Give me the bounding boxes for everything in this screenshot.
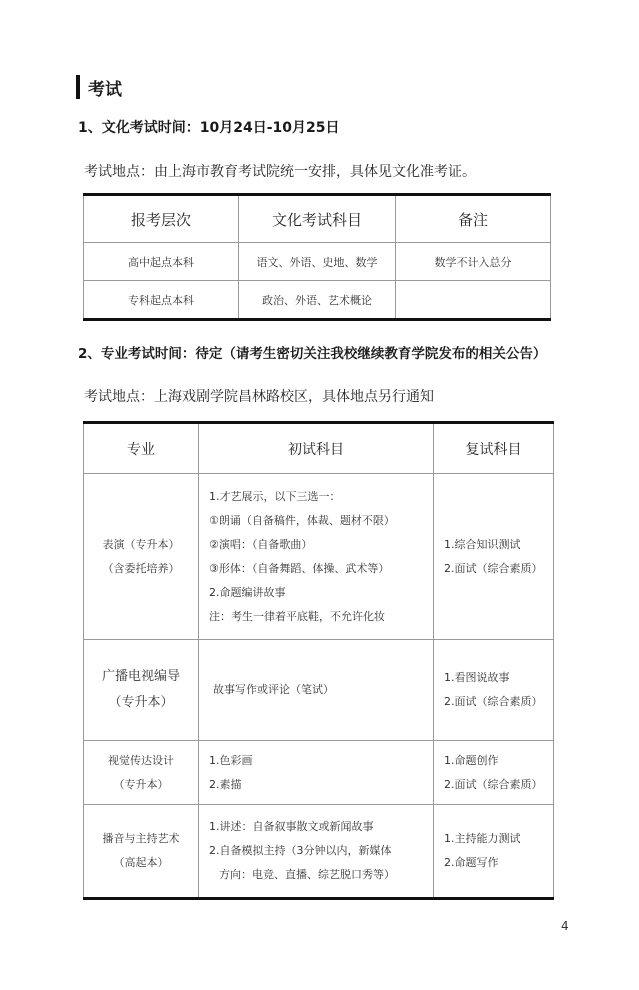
table-row: 视觉传达设计 （专升本） 1.色彩画 2.素描 1.命题创作 2.面试（综合素质… — [84, 741, 554, 805]
cell-second-round: 1.综合知识测试 2.面试（综合素质） — [434, 474, 554, 640]
cell-first-round: 1.色彩画 2.素描 — [199, 741, 434, 805]
cell-level: 高中起点本科 — [84, 243, 239, 281]
header-second-round: 复试科目 — [434, 423, 554, 474]
culture-exam-heading: 1、文化考试时间：10月24日-10月25日 — [78, 117, 339, 137]
cell-subjects: 政治、外语、艺术概论 — [239, 281, 396, 320]
table-row: 广播电视编导 （专升本） 故事写作或评论（笔试） 1.看图说故事 2.面试（综合… — [84, 640, 554, 741]
header-major: 专业 — [84, 423, 199, 474]
cell-second-round: 1.主持能力测试 2.命题写作 — [434, 805, 554, 899]
cell-major: 视觉传达设计 （专升本） — [84, 741, 199, 805]
section-bar-decoration — [76, 75, 80, 99]
section-title: 考试 — [76, 74, 122, 100]
culture-exam-table: 报考层次 文化考试科目 备注 高中起点本科 语文、外语、史地、数学 数学不计入总… — [83, 193, 551, 321]
cell-major: 广播电视编导 （专升本） — [84, 640, 199, 741]
cell-notes — [396, 281, 551, 320]
header-notes: 备注 — [396, 195, 551, 243]
table-row: 表演（专升本） （含委托培养） 1.才艺展示，以下三选一： ①朗诵（自备稿件，体… — [84, 474, 554, 640]
cell-first-round: 1.才艺展示，以下三选一： ①朗诵（自备稿件，体裁、题材不限） ②演唱：（自备歌… — [199, 474, 434, 640]
cell-major: 播音与主持艺术 （高起本） — [84, 805, 199, 899]
cell-major: 表演（专升本） （含委托培养） — [84, 474, 199, 640]
table-row: 高中起点本科 语文、外语、史地、数学 数学不计入总分 — [84, 243, 551, 281]
page-number: 4 — [561, 919, 569, 933]
table-header-row: 报考层次 文化考试科目 备注 — [84, 195, 551, 243]
table-header-row: 专业 初试科目 复试科目 — [84, 423, 554, 474]
table-row: 播音与主持艺术 （高起本） 1.讲述：自备叙事散文或新闻故事 2.自备模拟主持（… — [84, 805, 554, 899]
cell-first-round: 1.讲述：自备叙事散文或新闻故事 2.自备模拟主持（3分钟以内，新媒体 方向：电… — [199, 805, 434, 899]
header-first-round: 初试科目 — [199, 423, 434, 474]
cell-second-round: 1.看图说故事 2.面试（综合素质） — [434, 640, 554, 741]
major-exam-table: 专业 初试科目 复试科目 表演（专升本） （含委托培养） 1.才艺展示，以下三选… — [83, 421, 554, 900]
cell-level: 专科起点本科 — [84, 281, 239, 320]
section-title-text: 考试 — [88, 75, 122, 100]
culture-exam-location: 考试地点：由上海市教育考试院统一安排，具体见文化准考证。 — [84, 161, 476, 181]
cell-subjects: 语文、外语、史地、数学 — [239, 243, 396, 281]
cell-notes: 数学不计入总分 — [396, 243, 551, 281]
cell-second-round: 1.命题创作 2.面试（综合素质） — [434, 741, 554, 805]
table-row: 专科起点本科 政治、外语、艺术概论 — [84, 281, 551, 320]
major-exam-heading: 2、专业考试时间：待定（请考生密切关注我校继续教育学院发布的相关公告） — [78, 342, 546, 362]
cell-first-round: 故事写作或评论（笔试） — [199, 640, 434, 741]
header-subjects: 文化考试科目 — [239, 195, 396, 243]
header-level: 报考层次 — [84, 195, 239, 243]
major-exam-location: 考试地点：上海戏剧学院昌林路校区，具体地点另行通知 — [84, 386, 434, 406]
